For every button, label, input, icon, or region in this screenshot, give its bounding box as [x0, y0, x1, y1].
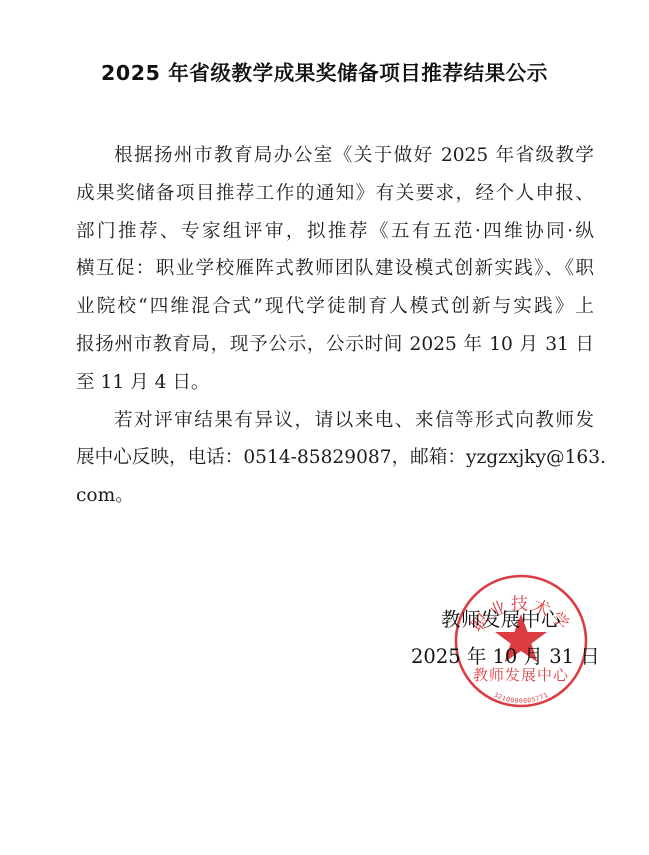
text-line: 横互促：职业学校雁阵式教师团队建设模式创新实践》、《职	[76, 250, 594, 288]
signature-date: 2025 年 10 月 31 日	[411, 643, 600, 671]
text-line: 根据扬州市教育局办公室《关于做好 2025 年省级教学	[76, 137, 594, 175]
paragraph-2: 若对评审结果有异议，请以来电、来信等形式向教师发 展中心反映，电话：0514-8…	[76, 402, 594, 515]
text-line: 报扬州市教育局，现予公示，公示时间 2025 年 10 月 31 日	[76, 326, 594, 364]
text-line: 部门推荐、专家组评审，拟推荐《五有五范·四维协同·纵	[76, 213, 594, 251]
signature-department: 教师发展中心	[441, 606, 561, 634]
text-line: com。	[76, 477, 594, 515]
text-line: 若对评审结果有异议，请以来电、来信等形式向教师发	[76, 402, 594, 440]
text-line: 业院校“四维混合式”现代学徒制育人模式创新与实践》上	[76, 288, 594, 326]
paragraph-1: 根据扬州市教育局办公室《关于做好 2025 年省级教学 成果奖储备项目推荐工作的…	[76, 137, 594, 402]
document-body: 根据扬州市教育局办公室《关于做好 2025 年省级教学 成果奖储备项目推荐工作的…	[76, 137, 594, 515]
text-line: 至 11 月 4 日。	[76, 364, 594, 402]
page-title: 2025 年省级教学成果奖储备项目推荐结果公示	[0, 59, 649, 87]
document-page: 2025 年省级教学成果奖储备项目推荐结果公示 根据扬州市教育局办公室《关于做好…	[0, 0, 649, 855]
official-seal: 职业技术学 教师发展中心 3210000005771	[452, 572, 590, 710]
text-line: 成果奖储备项目推荐工作的通知》有关要求，经个人申报、	[76, 175, 594, 213]
text-line: 展中心反映，电话：0514-85829087，邮箱：yzgzxjky@163.	[76, 439, 594, 477]
